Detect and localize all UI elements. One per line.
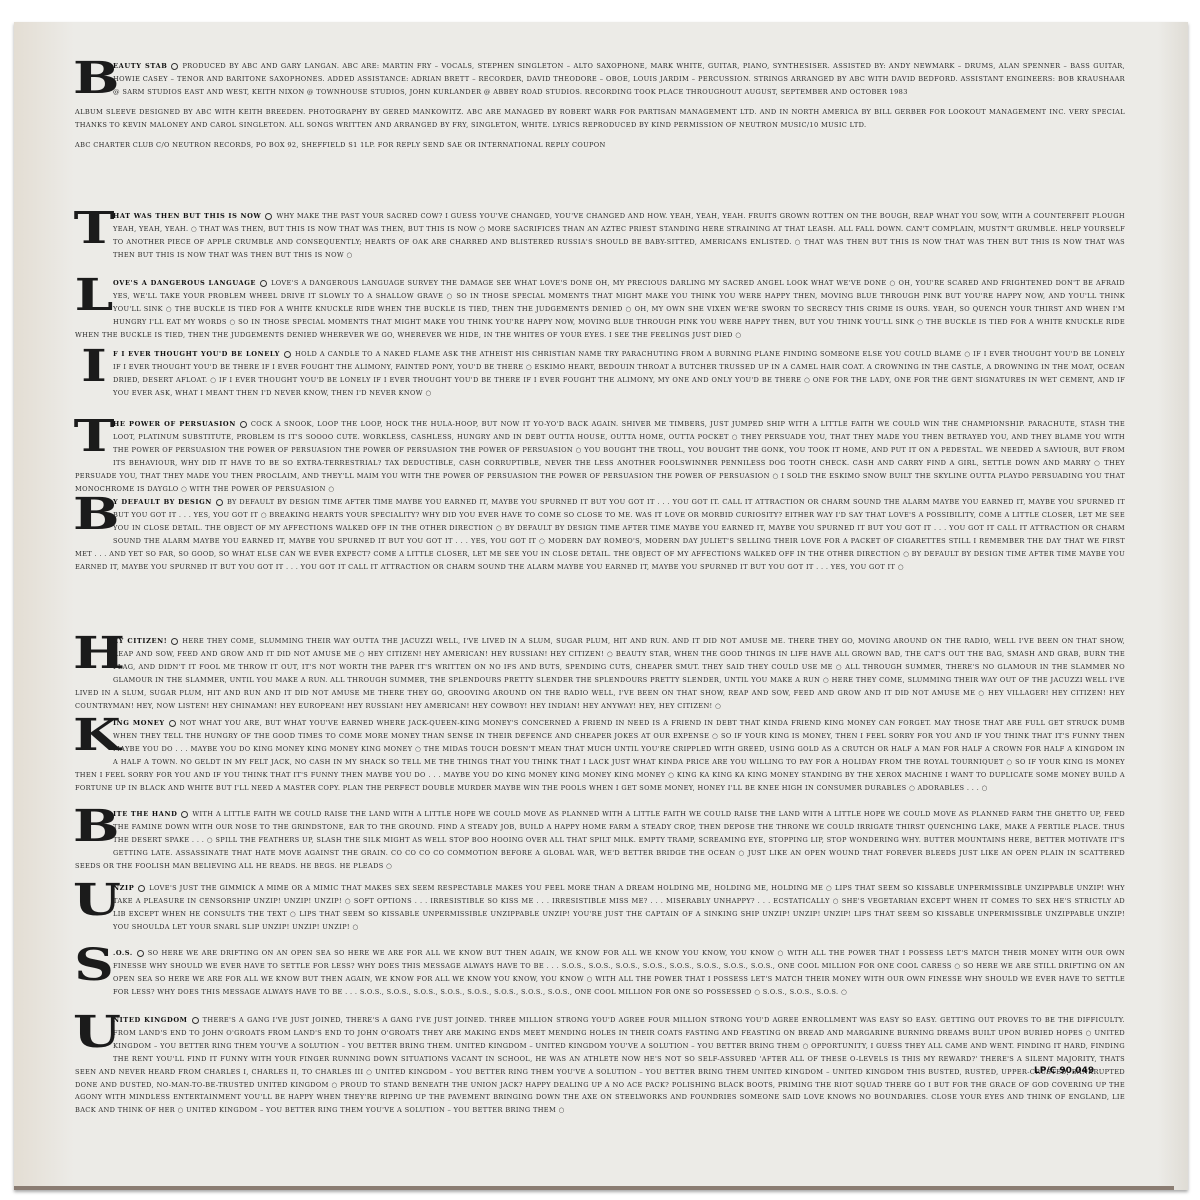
song-title: f I Ever Thought You'd Be Lonely xyxy=(113,350,280,358)
dropcap: B xyxy=(73,61,116,99)
dropcap: K xyxy=(73,718,116,756)
sleeve-bottom-edge xyxy=(14,1186,1174,1190)
bullet-circle-icon xyxy=(138,885,145,892)
bullet-circle-icon xyxy=(265,213,272,220)
dropcap: I xyxy=(73,349,116,387)
song-block: If I Ever Thought You'd Be LonelyHold a … xyxy=(75,348,1125,400)
credits-line-fanclub: ABC Charter Club c/o Neutron Records, PO… xyxy=(75,139,1125,152)
song-block: The Power Of PersuasionCock a snook, loo… xyxy=(75,418,1125,495)
bullet-circle-icon xyxy=(171,638,178,645)
song-block: United KingdomThere's a gang I've just j… xyxy=(75,1014,1125,1117)
song-block: UnzipLove's just the gimmick a mime or a… xyxy=(75,882,1125,934)
song-block: King MoneyNot what you are, but what you… xyxy=(75,717,1125,794)
credits-line-production: eauty StabProduced by ABC and Gary Langa… xyxy=(75,60,1125,99)
song-block: That Was Then But This Is NowWhy make th… xyxy=(75,210,1125,262)
song-block: Hey Citizen!Here they come, slumming the… xyxy=(75,635,1125,712)
credits-block: B eauty StabProduced by ABC and Gary Lan… xyxy=(75,60,1125,158)
song-title: .O.S. xyxy=(113,949,133,957)
song-lyrics: Here they come, slumming their way outta… xyxy=(75,637,1125,710)
bullet-circle-icon xyxy=(137,950,144,957)
song-lyrics: With a little faith we could raise the l… xyxy=(75,810,1125,870)
song-title: y Default By Design xyxy=(113,498,212,506)
song-block: By Default By DesignBy default by design… xyxy=(75,496,1125,573)
song-block: Bite The HandWith a little faith we coul… xyxy=(75,808,1125,873)
song-lyrics: Why make the past your sacred cow? I gue… xyxy=(113,212,1125,259)
song-lyrics: Not what you are, but what you've earned… xyxy=(75,719,1125,792)
bullet-circle-icon xyxy=(216,499,223,506)
song-lyrics: There's a gang I've just joined, there's… xyxy=(75,1016,1125,1114)
song-title: hat Was Then But This Is Now xyxy=(113,212,261,220)
dropcap: B xyxy=(73,809,116,847)
dropcap: T xyxy=(73,419,116,457)
song-title: nited Kingdom xyxy=(113,1016,188,1024)
bullet-circle-icon xyxy=(169,720,176,727)
bullet-circle-icon xyxy=(240,421,247,428)
catalog-number: LP/C 90.049 xyxy=(1034,1066,1094,1076)
bullet-circle-icon xyxy=(181,811,188,818)
song-title: ove's A Dangerous Language xyxy=(113,279,256,287)
dropcap: T xyxy=(73,211,116,249)
dropcap: L xyxy=(73,278,116,316)
song-lyrics: Love's just the gimmick a mime or a mimi… xyxy=(113,884,1125,931)
song-lyrics: Cock a snook, loop the loop, hock the hu… xyxy=(75,420,1125,493)
dropcap: U xyxy=(73,883,116,921)
song-lyrics: Love's a dangerous language survey the d… xyxy=(75,279,1125,339)
dropcap: B xyxy=(73,497,116,535)
credits-line-sleeve: Album sleeve designed by ABC with Keith … xyxy=(75,106,1125,132)
album-title: eauty Stab xyxy=(113,62,167,70)
bullet-circle-icon xyxy=(171,63,178,70)
song-lyrics: So here we are drifting on an open sea s… xyxy=(113,949,1125,996)
dropcap: U xyxy=(73,1015,116,1053)
song-title: ite The Hand xyxy=(113,810,177,818)
dropcap: H xyxy=(73,636,116,674)
song-block: Love's A Dangerous LanguageLove's a dang… xyxy=(75,277,1125,342)
song-block: S.O.S.So here we are drifting on an open… xyxy=(75,947,1125,999)
dropcap: S xyxy=(73,948,116,986)
song-title: he Power Of Persuasion xyxy=(113,420,236,428)
song-lyrics: By default by design time after time may… xyxy=(75,498,1125,571)
bullet-circle-icon xyxy=(284,351,291,358)
bullet-circle-icon xyxy=(192,1017,199,1024)
bullet-circle-icon xyxy=(260,280,267,287)
